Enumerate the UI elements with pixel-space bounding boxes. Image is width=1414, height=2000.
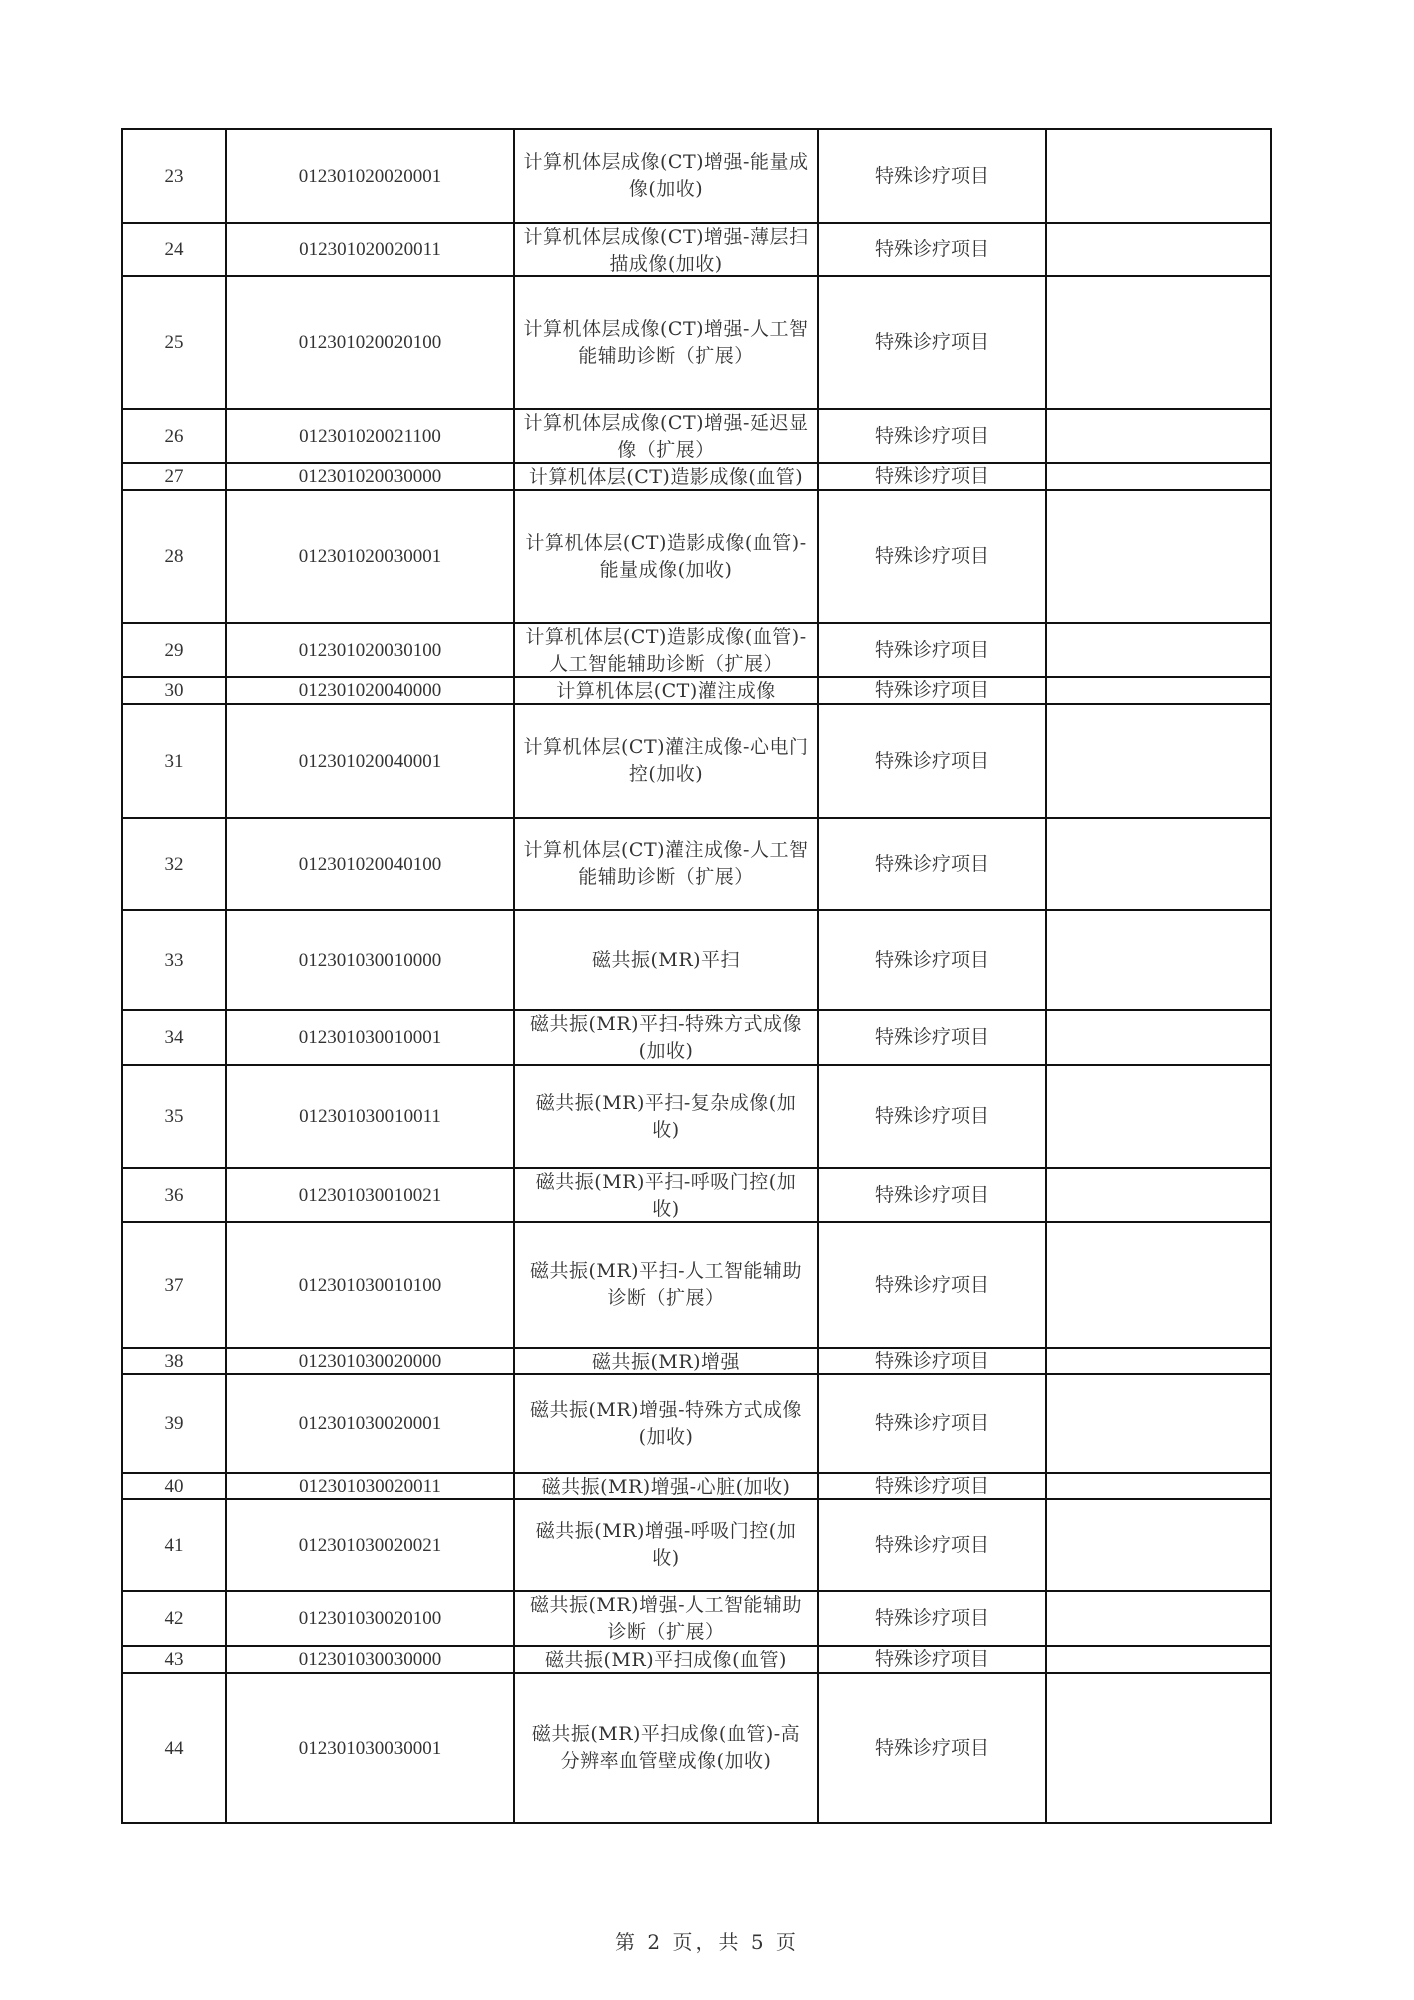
table-row: 43012301030030000磁共振(MR)平扫成像(血管)特殊诊疗项目 bbox=[123, 1645, 1270, 1672]
item-category: 特殊诊疗项目 bbox=[817, 911, 1045, 1009]
item-category: 特殊诊疗项目 bbox=[817, 491, 1045, 622]
row-number: 25 bbox=[123, 277, 225, 408]
item-note bbox=[1045, 464, 1270, 489]
item-name: 磁共振(MR)增强-心脏(加收) bbox=[513, 1474, 817, 1498]
table-row: 35012301030010011磁共振(MR)平扫-复杂成像(加收)特殊诊疗项… bbox=[123, 1064, 1270, 1167]
item-name: 计算机体层成像(CT)增强-人工智能辅助诊断（扩展） bbox=[513, 277, 817, 408]
item-category: 特殊诊疗项目 bbox=[817, 819, 1045, 909]
table-row: 37012301030010100磁共振(MR)平扫-人工智能辅助诊断（扩展）特… bbox=[123, 1221, 1270, 1347]
item-code: 012301020030100 bbox=[225, 624, 513, 676]
item-code: 012301030010000 bbox=[225, 911, 513, 1009]
row-number: 26 bbox=[123, 410, 225, 462]
table-row: 33012301030010000磁共振(MR)平扫特殊诊疗项目 bbox=[123, 909, 1270, 1009]
item-note bbox=[1045, 819, 1270, 909]
item-name: 计算机体层(CT)灌注成像-人工智能辅助诊断（扩展） bbox=[513, 819, 817, 909]
item-code: 012301020030000 bbox=[225, 464, 513, 489]
table-row: 40012301030020011磁共振(MR)增强-心脏(加收)特殊诊疗项目 bbox=[123, 1472, 1270, 1498]
item-note bbox=[1045, 1066, 1270, 1167]
table-row: 31012301020040001计算机体层(CT)灌注成像-心电门控(加收)特… bbox=[123, 703, 1270, 817]
item-name: 磁共振(MR)增强-特殊方式成像(加收) bbox=[513, 1375, 817, 1472]
row-number: 36 bbox=[123, 1169, 225, 1221]
item-category: 特殊诊疗项目 bbox=[817, 277, 1045, 408]
row-number: 37 bbox=[123, 1223, 225, 1347]
item-code: 012301020030001 bbox=[225, 491, 513, 622]
item-name: 计算机体层成像(CT)增强-能量成像(加收) bbox=[513, 130, 817, 222]
table-row: 39012301030020001磁共振(MR)增强-特殊方式成像(加收)特殊诊… bbox=[123, 1373, 1270, 1472]
item-name: 磁共振(MR)平扫成像(血管) bbox=[513, 1647, 817, 1672]
item-category: 特殊诊疗项目 bbox=[817, 464, 1045, 489]
item-category: 特殊诊疗项目 bbox=[817, 1474, 1045, 1498]
item-note bbox=[1045, 1223, 1270, 1347]
row-number: 32 bbox=[123, 819, 225, 909]
item-code: 012301030030001 bbox=[225, 1674, 513, 1822]
row-number: 28 bbox=[123, 491, 225, 622]
row-number: 38 bbox=[123, 1349, 225, 1373]
item-note bbox=[1045, 705, 1270, 817]
table-row: 29012301020030100计算机体层(CT)造影成像(血管)-人工智能辅… bbox=[123, 622, 1270, 676]
row-number: 35 bbox=[123, 1066, 225, 1167]
item-code: 012301030030000 bbox=[225, 1647, 513, 1672]
item-name: 磁共振(MR)平扫 bbox=[513, 911, 817, 1009]
item-code: 012301030020100 bbox=[225, 1592, 513, 1645]
table-row: 26012301020021100计算机体层成像(CT)增强-延迟显像（扩展）特… bbox=[123, 408, 1270, 462]
item-category: 特殊诊疗项目 bbox=[817, 1223, 1045, 1347]
row-number: 42 bbox=[123, 1592, 225, 1645]
item-note bbox=[1045, 911, 1270, 1009]
row-number: 30 bbox=[123, 678, 225, 703]
table-row: 27012301020030000计算机体层(CT)造影成像(血管)特殊诊疗项目 bbox=[123, 462, 1270, 489]
item-code: 012301030010001 bbox=[225, 1011, 513, 1064]
item-name: 磁共振(MR)增强-人工智能辅助诊断（扩展） bbox=[513, 1592, 817, 1645]
item-code: 012301020020011 bbox=[225, 224, 513, 275]
item-code: 012301020040000 bbox=[225, 678, 513, 703]
table-row: 36012301030010021磁共振(MR)平扫-呼吸门控(加收)特殊诊疗项… bbox=[123, 1167, 1270, 1221]
item-name: 磁共振(MR)平扫-特殊方式成像(加收) bbox=[513, 1011, 817, 1064]
row-number: 44 bbox=[123, 1674, 225, 1822]
item-name: 计算机体层成像(CT)增强-延迟显像（扩展） bbox=[513, 410, 817, 462]
item-code: 012301020040001 bbox=[225, 705, 513, 817]
item-note bbox=[1045, 224, 1270, 275]
row-number: 43 bbox=[123, 1647, 225, 1672]
table-row: 32012301020040100计算机体层(CT)灌注成像-人工智能辅助诊断（… bbox=[123, 817, 1270, 909]
item-category: 特殊诊疗项目 bbox=[817, 1011, 1045, 1064]
item-note bbox=[1045, 1375, 1270, 1472]
table-row: 42012301030020100磁共振(MR)增强-人工智能辅助诊断（扩展）特… bbox=[123, 1590, 1270, 1645]
item-note bbox=[1045, 277, 1270, 408]
table-row: 44012301030030001磁共振(MR)平扫成像(血管)-高分辨率血管壁… bbox=[123, 1672, 1270, 1822]
item-category: 特殊诊疗项目 bbox=[817, 1169, 1045, 1221]
item-category: 特殊诊疗项目 bbox=[817, 130, 1045, 222]
item-code: 012301030020000 bbox=[225, 1349, 513, 1373]
row-number: 29 bbox=[123, 624, 225, 676]
item-category: 特殊诊疗项目 bbox=[817, 1500, 1045, 1590]
item-name: 磁共振(MR)平扫-复杂成像(加收) bbox=[513, 1066, 817, 1167]
item-note bbox=[1045, 1349, 1270, 1373]
table-row: 38012301030020000磁共振(MR)增强特殊诊疗项目 bbox=[123, 1347, 1270, 1373]
table-row: 28012301020030001计算机体层(CT)造影成像(血管)-能量成像(… bbox=[123, 489, 1270, 622]
row-number: 39 bbox=[123, 1375, 225, 1472]
item-name: 磁共振(MR)平扫-呼吸门控(加收) bbox=[513, 1169, 817, 1221]
item-name: 计算机体层(CT)造影成像(血管)-人工智能辅助诊断（扩展） bbox=[513, 624, 817, 676]
item-code: 012301020021100 bbox=[225, 410, 513, 462]
row-number: 33 bbox=[123, 911, 225, 1009]
item-note bbox=[1045, 130, 1270, 222]
item-name: 磁共振(MR)增强-呼吸门控(加收) bbox=[513, 1500, 817, 1590]
items-table: 23012301020020001计算机体层成像(CT)增强-能量成像(加收)特… bbox=[121, 128, 1272, 1824]
item-category: 特殊诊疗项目 bbox=[817, 1375, 1045, 1472]
item-category: 特殊诊疗项目 bbox=[817, 1349, 1045, 1373]
table-row: 30012301020040000计算机体层(CT)灌注成像特殊诊疗项目 bbox=[123, 676, 1270, 703]
page-footer: 第 2 页，共 5 页 bbox=[0, 1926, 1414, 1955]
item-category: 特殊诊疗项目 bbox=[817, 410, 1045, 462]
item-note bbox=[1045, 1592, 1270, 1645]
table-row: 41012301030020021磁共振(MR)增强-呼吸门控(加收)特殊诊疗项… bbox=[123, 1498, 1270, 1590]
item-category: 特殊诊疗项目 bbox=[817, 1066, 1045, 1167]
table-row: 24012301020020011计算机体层成像(CT)增强-薄层扫描成像(加收… bbox=[123, 222, 1270, 275]
item-note bbox=[1045, 1474, 1270, 1498]
row-number: 27 bbox=[123, 464, 225, 489]
item-category: 特殊诊疗项目 bbox=[817, 705, 1045, 817]
item-name: 计算机体层(CT)灌注成像-心电门控(加收) bbox=[513, 705, 817, 817]
item-code: 012301030010100 bbox=[225, 1223, 513, 1347]
item-note bbox=[1045, 1500, 1270, 1590]
item-note bbox=[1045, 1674, 1270, 1822]
row-number: 34 bbox=[123, 1011, 225, 1064]
item-code: 012301030020001 bbox=[225, 1375, 513, 1472]
item-note bbox=[1045, 1647, 1270, 1672]
item-note bbox=[1045, 491, 1270, 622]
item-code: 012301020040100 bbox=[225, 819, 513, 909]
item-category: 特殊诊疗项目 bbox=[817, 1592, 1045, 1645]
row-number: 24 bbox=[123, 224, 225, 275]
item-category: 特殊诊疗项目 bbox=[817, 1674, 1045, 1822]
row-number: 40 bbox=[123, 1474, 225, 1498]
table-row: 34012301030010001磁共振(MR)平扫-特殊方式成像(加收)特殊诊… bbox=[123, 1009, 1270, 1064]
table-row: 25012301020020100计算机体层成像(CT)增强-人工智能辅助诊断（… bbox=[123, 275, 1270, 408]
item-name: 计算机体层(CT)造影成像(血管) bbox=[513, 464, 817, 489]
item-category: 特殊诊疗项目 bbox=[817, 678, 1045, 703]
row-number: 41 bbox=[123, 1500, 225, 1590]
item-category: 特殊诊疗项目 bbox=[817, 224, 1045, 275]
item-code: 012301030010021 bbox=[225, 1169, 513, 1221]
item-code: 012301020020100 bbox=[225, 277, 513, 408]
row-number: 31 bbox=[123, 705, 225, 817]
item-code: 012301030020021 bbox=[225, 1500, 513, 1590]
item-name: 磁共振(MR)增强 bbox=[513, 1349, 817, 1373]
item-name: 计算机体层成像(CT)增强-薄层扫描成像(加收) bbox=[513, 224, 817, 275]
item-note bbox=[1045, 678, 1270, 703]
item-name: 计算机体层(CT)造影成像(血管)-能量成像(加收) bbox=[513, 491, 817, 622]
item-category: 特殊诊疗项目 bbox=[817, 1647, 1045, 1672]
item-note bbox=[1045, 410, 1270, 462]
row-number: 23 bbox=[123, 130, 225, 222]
item-name: 计算机体层(CT)灌注成像 bbox=[513, 678, 817, 703]
item-note bbox=[1045, 1169, 1270, 1221]
item-code: 012301030020011 bbox=[225, 1474, 513, 1498]
item-category: 特殊诊疗项目 bbox=[817, 624, 1045, 676]
item-note bbox=[1045, 624, 1270, 676]
item-name: 磁共振(MR)平扫成像(血管)-高分辨率血管壁成像(加收) bbox=[513, 1674, 817, 1822]
table-row: 23012301020020001计算机体层成像(CT)增强-能量成像(加收)特… bbox=[123, 130, 1270, 222]
item-code: 012301030010011 bbox=[225, 1066, 513, 1167]
item-code: 012301020020001 bbox=[225, 130, 513, 222]
item-note bbox=[1045, 1011, 1270, 1064]
item-name: 磁共振(MR)平扫-人工智能辅助诊断（扩展） bbox=[513, 1223, 817, 1347]
